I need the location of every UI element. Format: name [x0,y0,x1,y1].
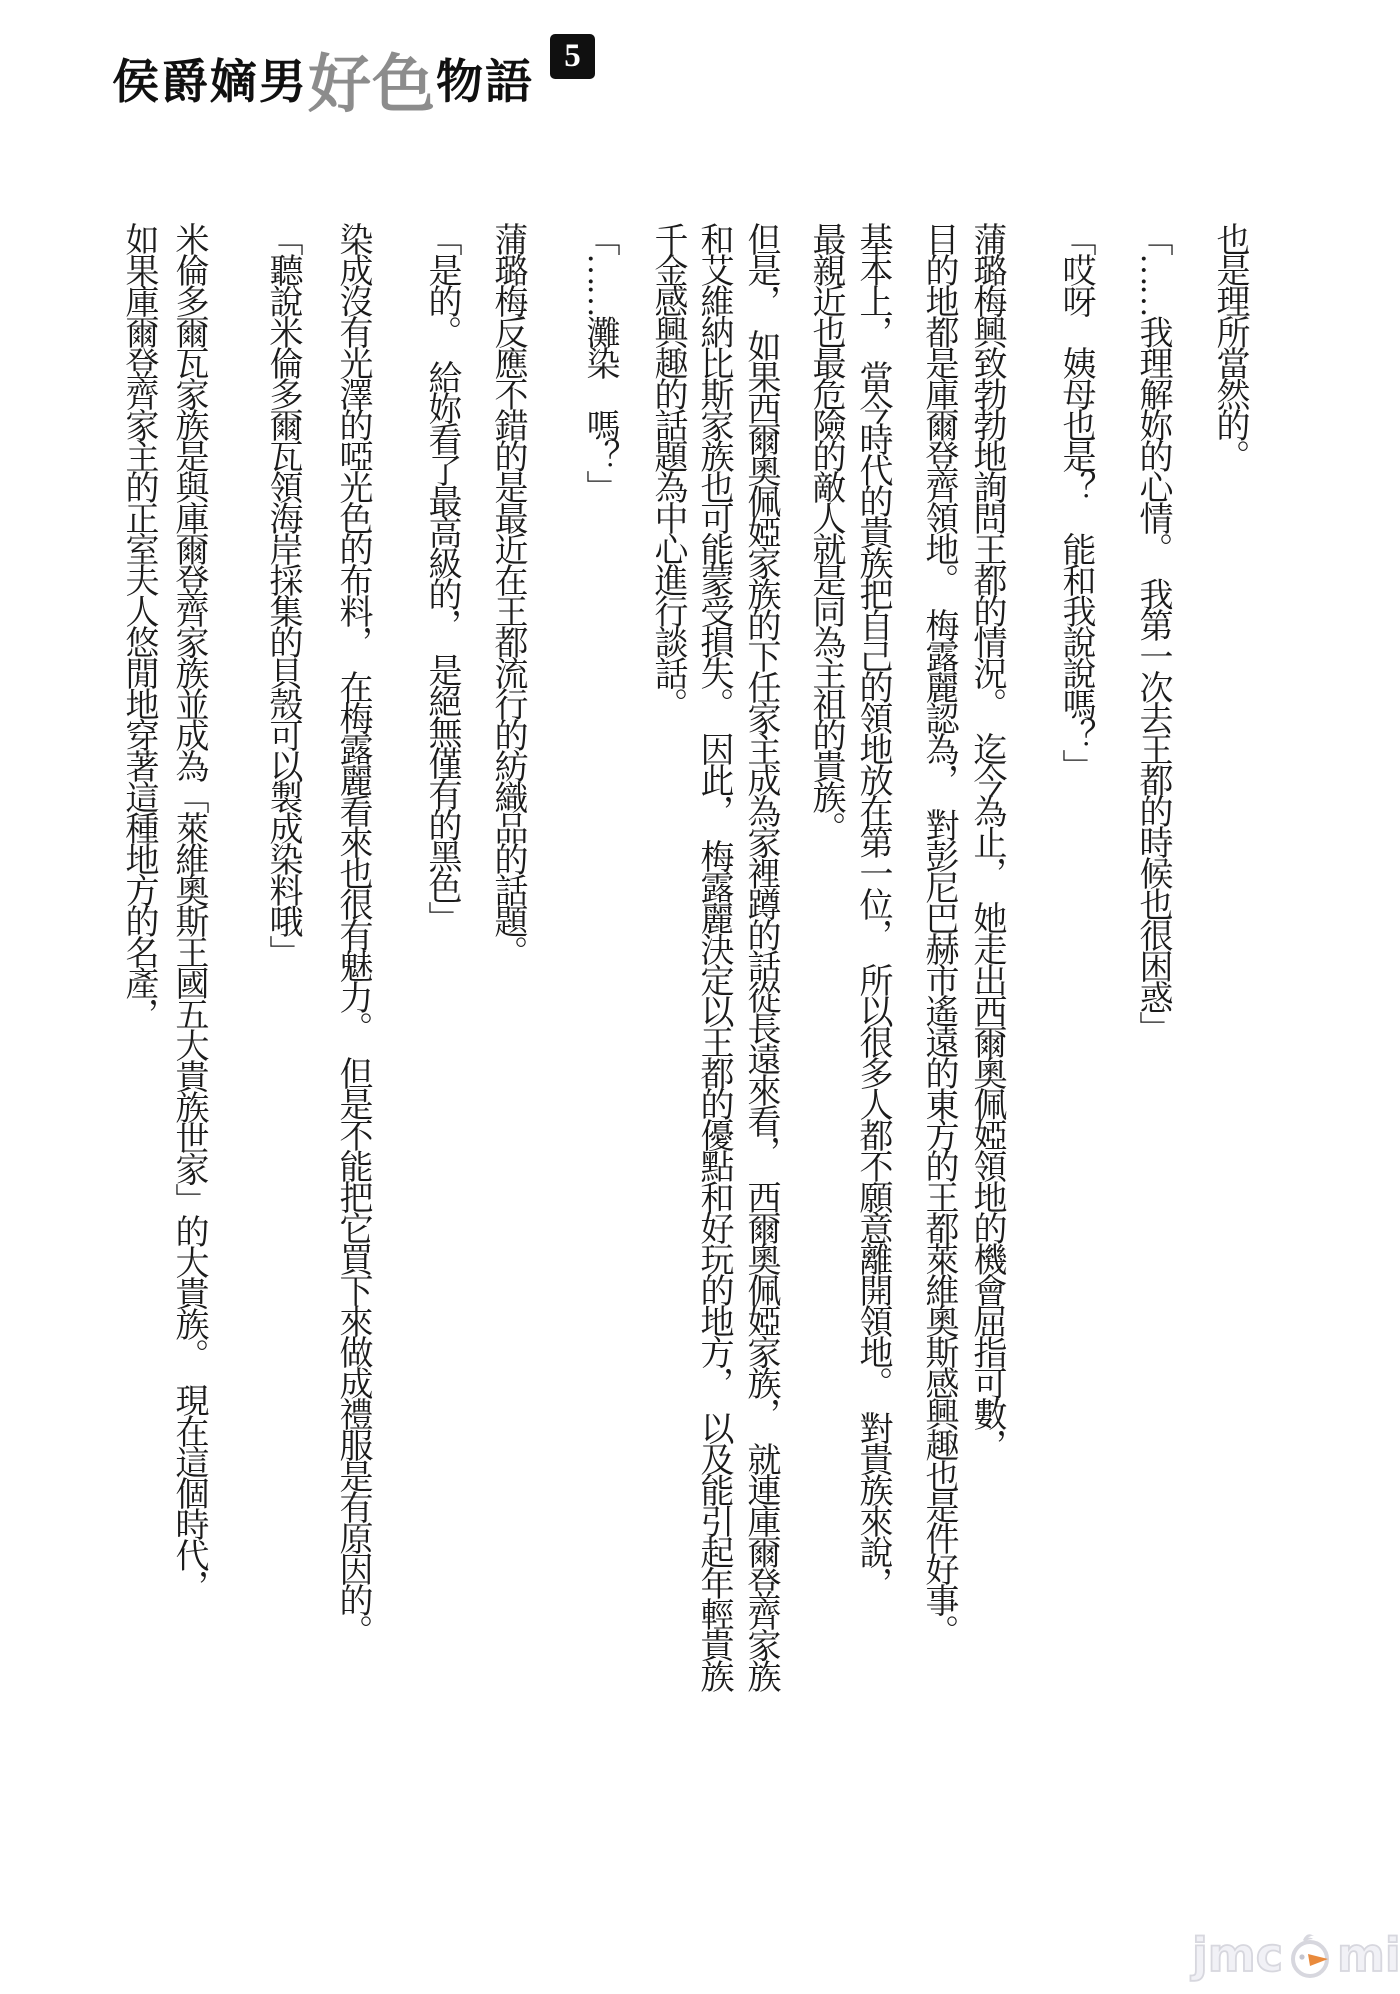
watermark-text-suffix: mic [1337,1928,1400,1982]
text-column: 但是， 如果西爾奧佩婭家族的下任家主成為家裡蹲的話從長遠來看， 西爾奧佩婭家族，… [740,222,780,1690]
text-column: 最親近也最危險的敵人就是同為主祖的貴族。 [805,222,845,842]
text-columns: 也是理所當然的。「……我理解妳的心情。 我第一次去王都的時候也很困惑」「哎呀 姨… [0,0,1400,1994]
text-column: 「……灘染 嗎？」 [579,222,619,501]
text-column: 「……我理解妳的心情。 我第一次去王都的時候也很困惑」 [1132,222,1172,1042]
chick-face-icon [1287,1928,1333,1982]
novel-page: 侯爵嫡男 好色 物語 5 也是理所當然的。「……我理解妳的心情。 我第一次去王都… [0,0,1400,1994]
text-column: 目的地都是庫爾登齊領地。 梅露麗認為， 對彭尼巴赫市遙遠的東方的王都萊維奧斯感興… [918,222,958,1645]
text-column: 「是的。 給妳看了最高級的， 是絕無僅有的黑色」 [421,222,461,932]
watermark-text-prefix: jmc [1192,1928,1283,1982]
jmcomic-watermark: jmc mic [1192,1928,1400,1982]
text-column: 「聽說米倫多爾瓦領海岸採集的貝殼可以製成染料哦」 [262,222,302,966]
text-column: 也是理所當然的。 [1209,222,1249,470]
text-column: 米倫多爾瓦家族是與庫爾登齊家族並成為「萊維奧斯王國五大貴族世家」的大貴族。 現在… [168,222,208,1600]
text-column: 蒲璐梅反應不錯的是最近在王都流行的紡織品的話題。 [487,222,527,966]
text-column: 染成沒有光澤的啞光色的布料， 在梅露麗看來也很有魅力。 但是不能把它買下來做成禮… [332,222,372,1645]
text-column: 蒲璐梅興致勃勃地詢問王都的情況。 迄今為止， 她走出西爾奧佩婭領地的機會屈指可數… [966,222,1006,1459]
text-column: 千金感興趣的話題為中心進行談話。 [647,222,687,718]
text-column: 和艾維納比斯家族也可能蒙受損失。 因此， 梅露麗決定以王都的優點和好玩的地方， … [693,222,733,1690]
text-column: 如果庫爾登齊家主的正室夫人悠閒地穿著這種地方的名產， [118,222,158,1028]
text-column: 基本上， 當今時代的貴族把自己的領地放在第一位， 所以很多人都不願意離開領地。 … [852,222,892,1597]
text-column: 「哎呀 姨母也是？ 能和我說說嗎？」 [1055,222,1095,780]
